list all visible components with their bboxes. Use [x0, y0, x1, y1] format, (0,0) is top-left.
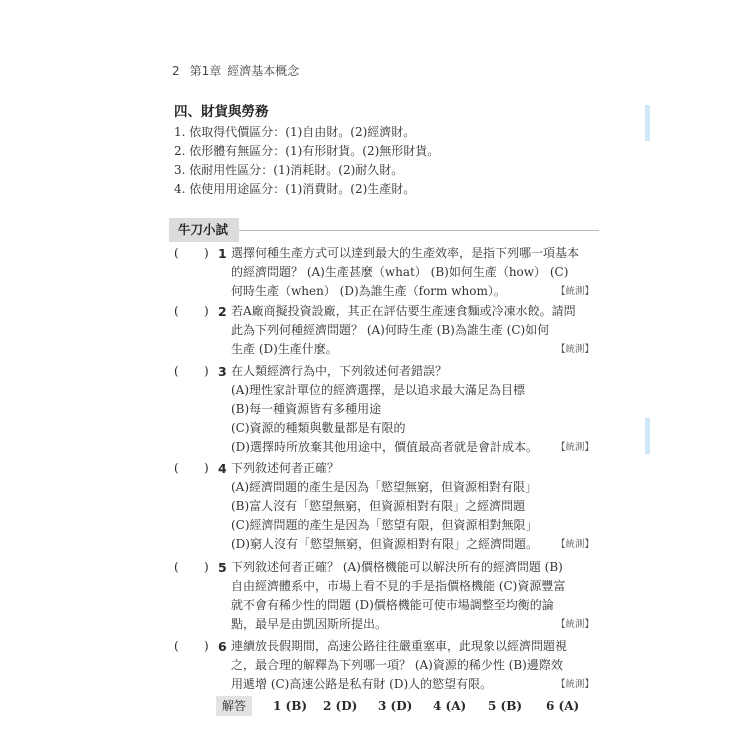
question-text: 下列敘述何者正確？ — [231, 459, 594, 478]
option-a: (A)經濟問題的產生是因為「慾望無窮，但資源相對有限」 — [231, 478, 594, 497]
question-text: 連續放長假期間，高速公路往往嚴重塞車，此現象以經濟問題視 — [231, 637, 594, 656]
question-5: () 5 下列敘述何者正確？ (A)價格機能可以解決所有的經濟問題 (B) 自由… — [174, 558, 594, 634]
quiz-title: 牛刀小試 — [169, 218, 239, 242]
option-c: (C)經濟問題的產生是因為「慾望有限，但資源相對無限」 — [231, 516, 594, 535]
answer-item: 1 (B) — [273, 696, 307, 716]
question-text: 下列敘述何者正確？ (A)價格機能可以解決所有的經濟問題 (B) — [231, 558, 594, 577]
classification-list: 1. 依取得代價區分：(1)自由財。(2)經濟財。 2. 依形體有無區分：(1)… — [174, 123, 614, 199]
answer-blank[interactable]: () — [174, 558, 179, 577]
answer-item: 2 (D) — [323, 696, 357, 716]
question-text: 點，最早是由凱因斯所提出。 — [231, 617, 387, 631]
answer-blank[interactable]: () — [174, 459, 179, 478]
option-b: (B)每一種資源皆有多種用途 — [231, 400, 594, 419]
question-text: 選擇何種生產方式可以達到最大的生產效率，是指下列哪一項基本 — [231, 244, 594, 263]
question-4: () 4 下列敘述何者正確？ (A)經濟問題的產生是因為「慾望無窮，但資源相對有… — [174, 459, 594, 554]
question-number: 6 — [218, 637, 227, 656]
answer-blank[interactable]: () — [174, 637, 179, 656]
answer-item: 3 (D) — [378, 696, 412, 716]
chapter-title: 經濟基本概念 — [227, 64, 299, 78]
question-6: () 6 連續放長假期間，高速公路往往嚴重塞車，此現象以經濟問題視 之，最合理的… — [174, 637, 594, 694]
question-number: 5 — [218, 558, 227, 577]
answer-item: 5 (B) — [488, 696, 522, 716]
answer-key-label: 解答 — [216, 696, 252, 716]
answer-item: 4 (A) — [433, 696, 466, 716]
page-header: 2第1章經濟基本概念 — [172, 62, 299, 79]
option-d: (D)選擇時所放棄其他用途中，價值最高者就是會計成本。 — [231, 440, 538, 454]
option-a: (A)理性家計單位的經濟選擇，是以追求最大滿足為目標 — [231, 381, 594, 400]
source-tag: 【統測】 — [556, 675, 594, 694]
option-c: (C)資源的種類與數量都是有限的 — [231, 419, 594, 438]
page-number: 2 — [172, 64, 180, 78]
answer-blank[interactable]: () — [174, 244, 179, 263]
question-text: 之，最合理的解釋為下列哪一項？ (A)資源的稀少性 (B)邊際效 — [231, 656, 594, 675]
answer-blank[interactable]: () — [174, 362, 179, 381]
question-text: 在人類經濟行為中，下列敘述何者錯誤？ — [231, 362, 594, 381]
source-tag: 【統測】 — [556, 438, 594, 457]
question-text: 自由經濟體系中，市場上看不見的手是指價格機能 (C)資源豐富 — [231, 577, 594, 596]
answer-key: 解答 1 (B) 2 (D) 3 (D) 4 (A) 5 (B) 6 (A) — [216, 696, 606, 716]
side-tab-marker — [645, 105, 650, 141]
question-text: 何時生產（when） (D)為誰生產（form whom）。 — [231, 284, 506, 298]
question-3: () 3 在人類經濟行為中，下列敘述何者錯誤？ (A)理性家計單位的經濟選擇，是… — [174, 362, 594, 457]
quiz-header: 牛刀小試 — [169, 218, 599, 242]
question-1: () 1 選擇何種生產方式可以達到最大的生產效率，是指下列哪一項基本 的經濟問題… — [174, 244, 594, 301]
question-2: () 2 若A廠商擬投資設廠，其正在評估要生產速食麵或冷凍水餃。請問 此為下列何… — [174, 302, 594, 359]
question-text: 此為下列何種經濟問題？ (A)何時生產 (B)為誰生產 (C)如何 — [231, 321, 594, 340]
question-text: 生產 (D)生產什麼。 — [231, 342, 338, 356]
question-number: 2 — [218, 302, 227, 321]
source-tag: 【統測】 — [556, 340, 594, 359]
question-text: 用遞增 (C)高速公路是私有財 (D)人的慾望有限。 — [231, 677, 492, 691]
section-title: 四、財貨與勞務 — [174, 100, 614, 120]
list-item: 2. 依形體有無區分：(1)有形財貨。(2)無形財貨。 — [174, 142, 614, 161]
question-text: 的經濟問題？ (A)生產甚麼（what） (B)如何生產（how） (C) — [231, 263, 594, 282]
list-item: 4. 依使用用途區分：(1)消費財。(2)生產財。 — [174, 180, 614, 199]
goods-services-section: 四、財貨與勞務 1. 依取得代價區分：(1)自由財。(2)經濟財。 2. 依形體… — [174, 100, 614, 199]
option-d: (D)窮人沒有「慾望無窮，但資源相對有限」之經濟問題。 — [231, 537, 538, 551]
question-text: 就不會有稀少性的問題 (D)價格機能可使市場調整至均衡的論 — [231, 596, 594, 615]
side-tab-marker — [645, 418, 650, 454]
option-b: (B)富人沒有「慾望無窮，但資源相對有限」之經濟問題 — [231, 497, 594, 516]
source-tag: 【統測】 — [556, 282, 594, 301]
question-number: 4 — [218, 459, 227, 478]
list-item: 3. 依耐用性區分：(1)消耗財。(2)耐久財。 — [174, 161, 614, 180]
question-number: 1 — [218, 244, 227, 263]
list-item: 1. 依取得代價區分：(1)自由財。(2)經濟財。 — [174, 123, 614, 142]
question-number: 3 — [218, 362, 227, 381]
source-tag: 【統測】 — [556, 535, 594, 554]
question-text: 若A廠商擬投資設廠，其正在評估要生產速食麵或冷凍水餃。請問 — [231, 302, 594, 321]
answer-blank[interactable]: () — [174, 302, 179, 321]
source-tag: 【統測】 — [556, 615, 594, 634]
divider — [239, 230, 599, 231]
answer-item: 6 (A) — [546, 696, 579, 716]
chapter-label: 第1章 — [190, 64, 222, 78]
